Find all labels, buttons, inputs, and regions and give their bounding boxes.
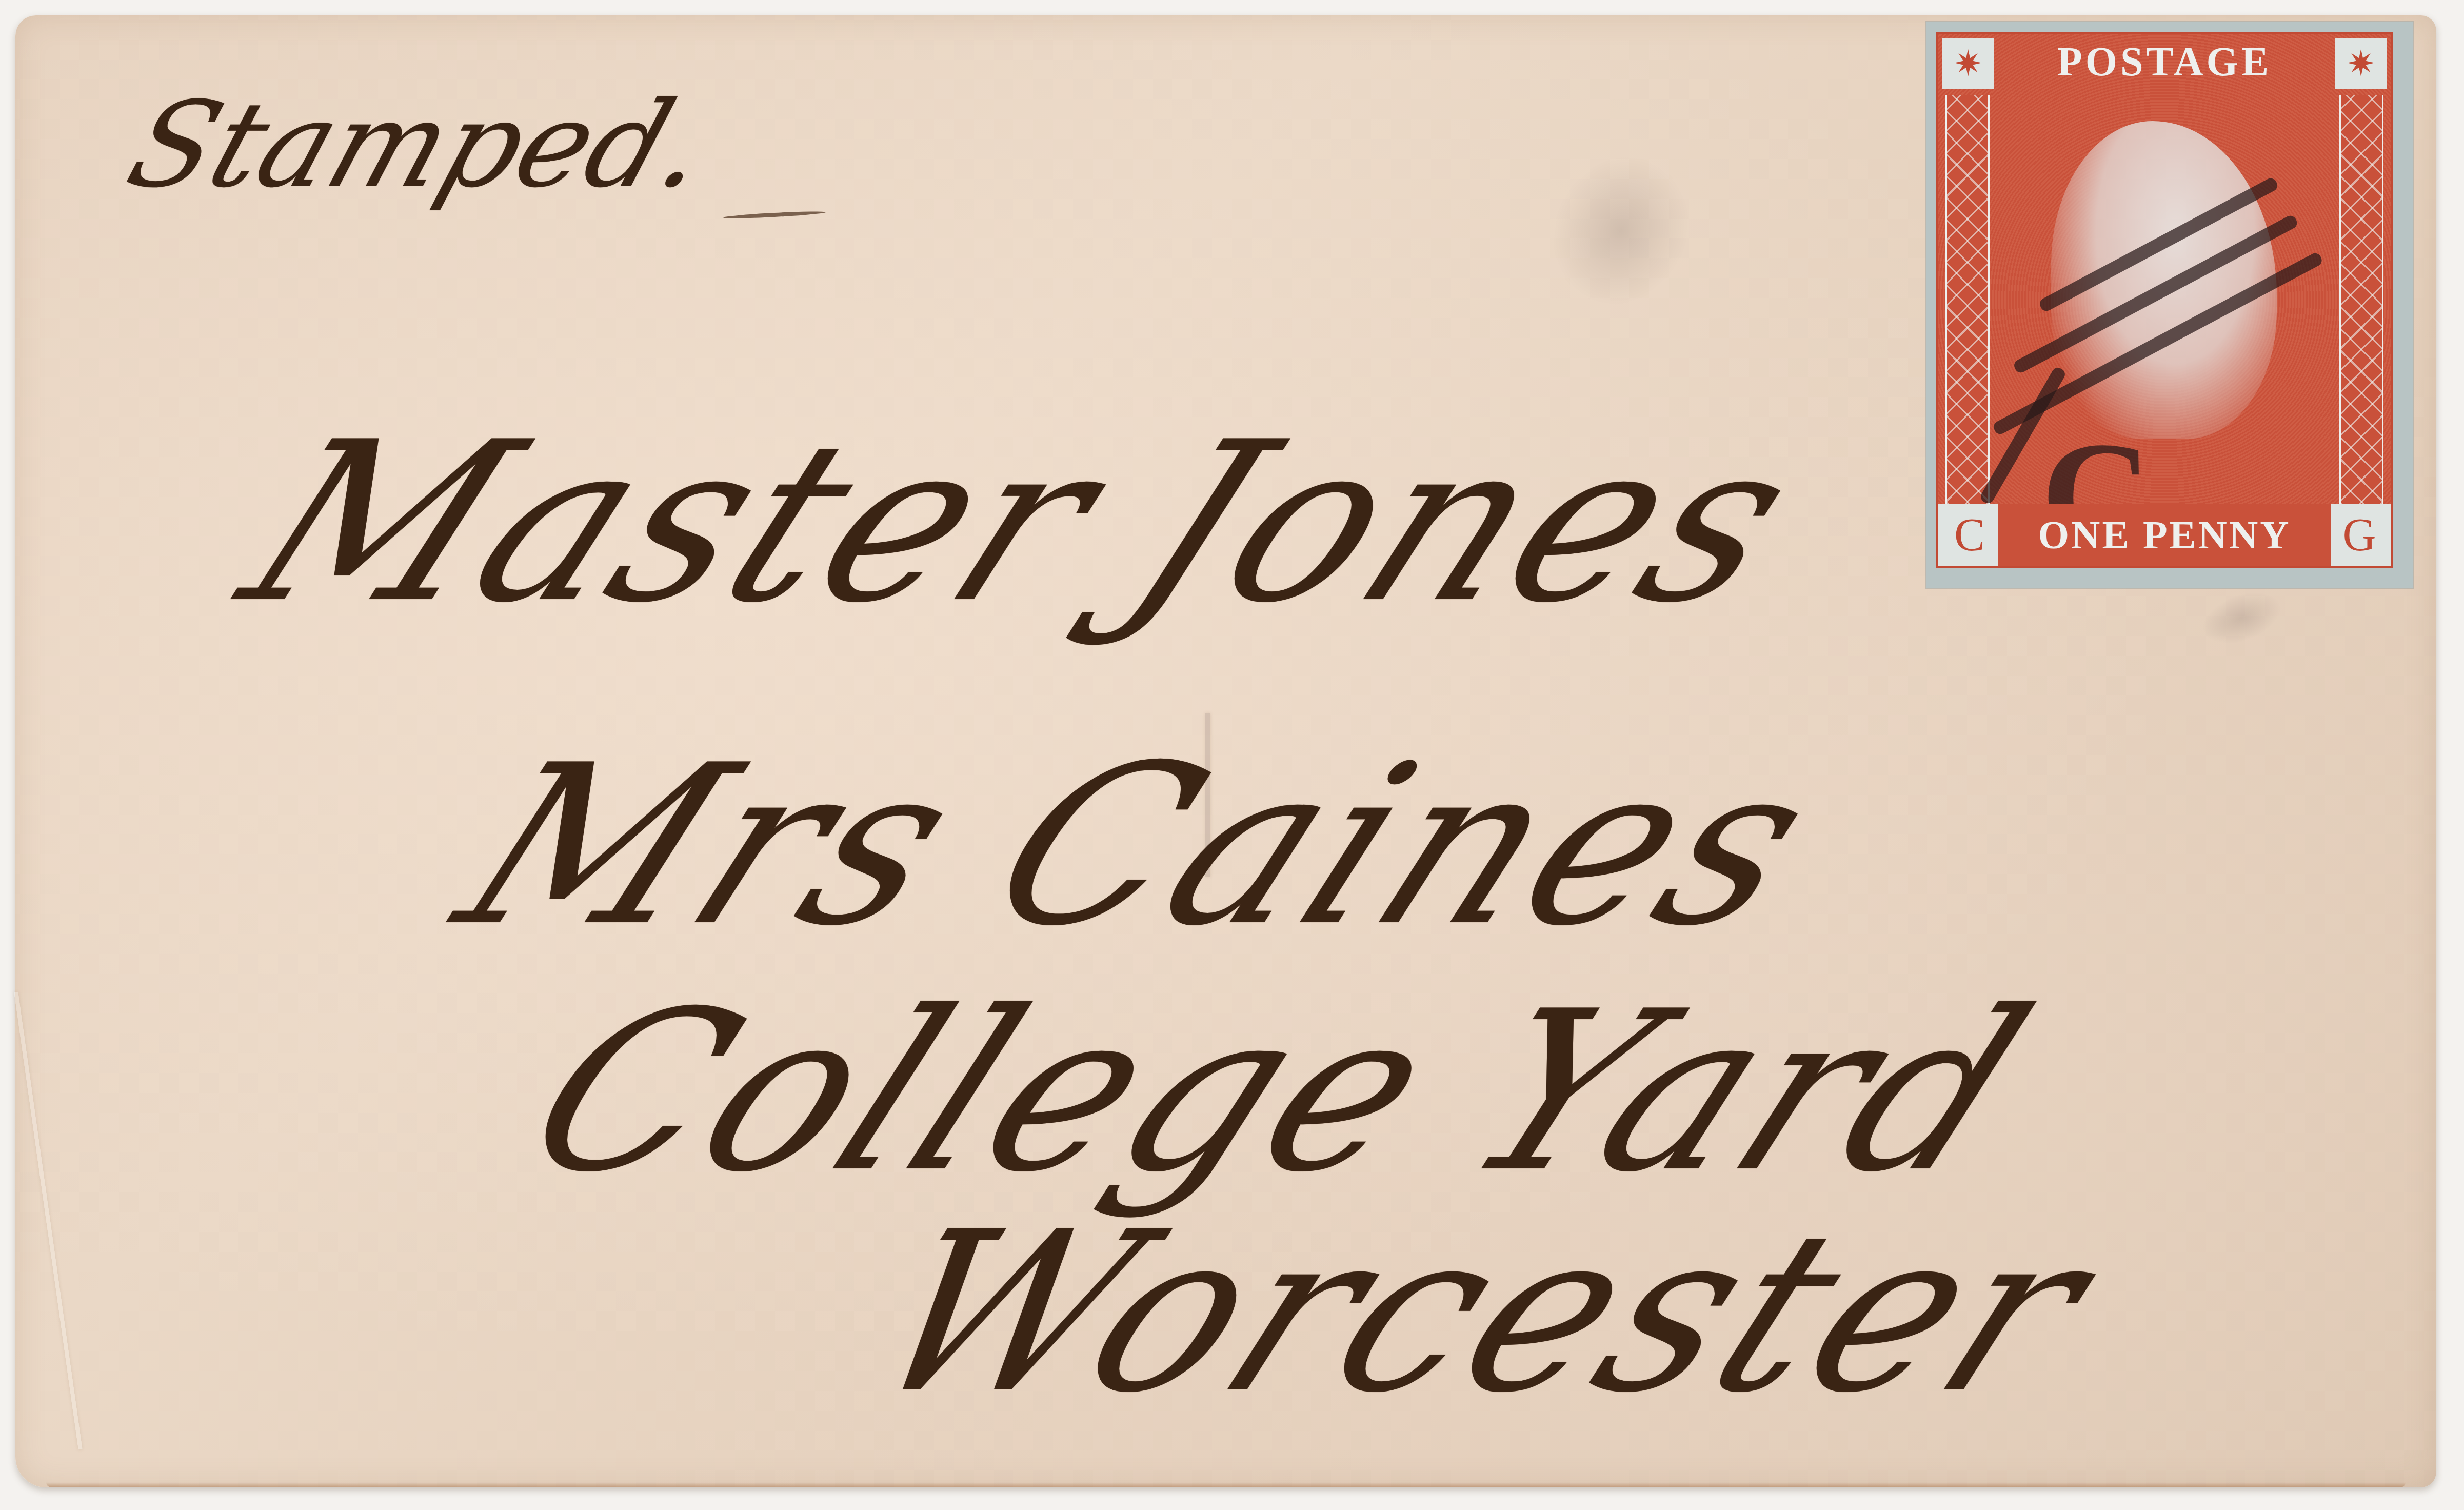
stamp-design: POSTAGE ✷ ✷ C C ONE PENNY G [1936,32,2393,568]
envelope-edge [46,1482,2406,1487]
paper-crease [14,992,82,1449]
ink-smudge [2195,582,2288,653]
star-ornament-icon: ✷ [1942,38,1994,89]
postage-stamp: POSTAGE ✷ ✷ C C ONE PENNY G [1926,22,2413,588]
stamp-top-panel: POSTAGE [1938,34,2391,90]
star-ornament-icon: ✷ [2335,38,2387,89]
ink-smudge [1528,133,1714,329]
address-line-1: Master Jones [210,395,1834,651]
annotation-stamped: Stamped. [113,77,726,214]
check-letter-left: C [1946,509,1993,562]
stamp-value-label: ONE PENNY [1998,504,2331,566]
stamp-top-label: POSTAGE [2057,39,2272,86]
stamp-side-lattice [1945,95,1990,504]
address-line-4: Worcester [836,1185,2129,1441]
pen-mark [723,210,826,220]
address-line-3: College Yard [492,964,2065,1221]
stamp-bottom-panel: C ONE PENNY G [1938,504,2391,566]
check-letter-right: G [2336,509,2382,562]
address-line-2: Mrs Caines [426,718,1852,975]
stamp-side-lattice [2339,95,2383,504]
